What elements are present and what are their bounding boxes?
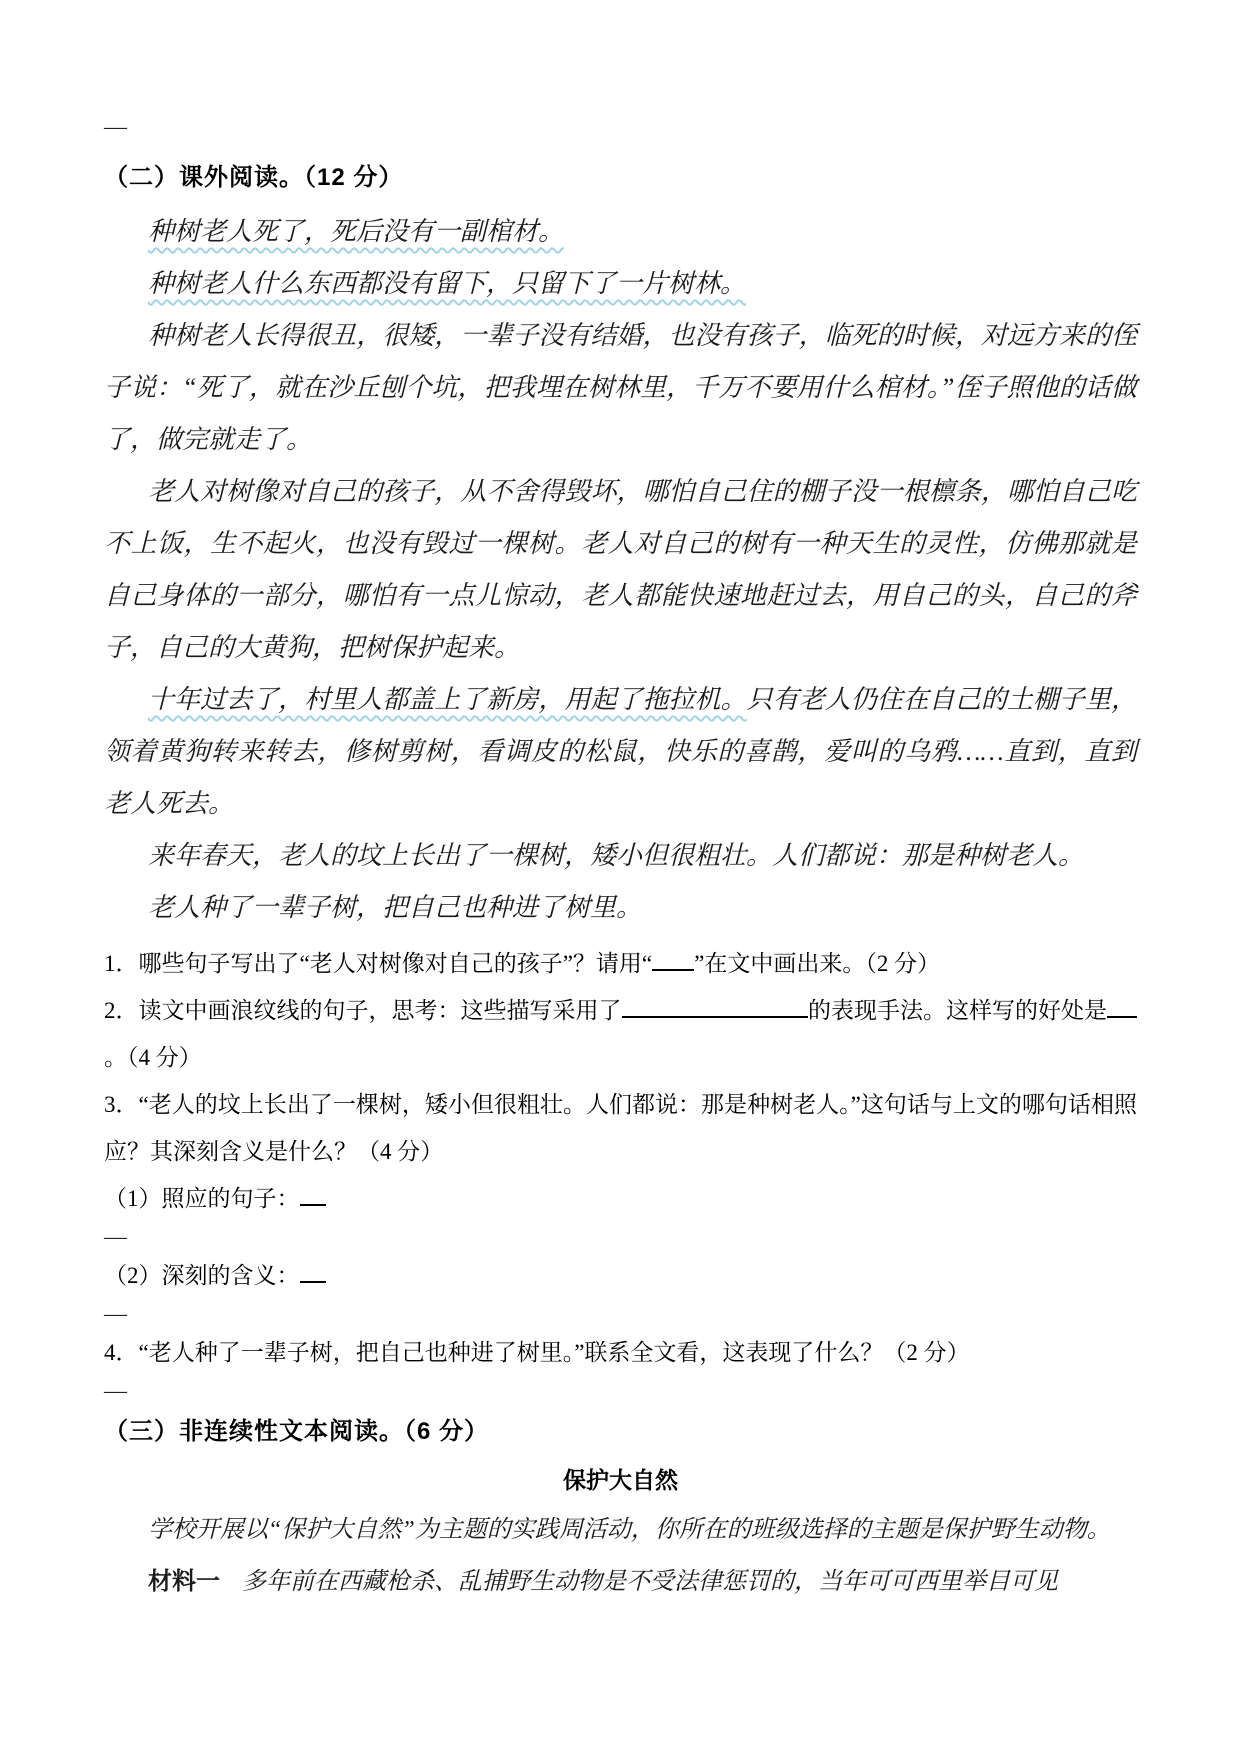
question-3-sub-2: （2）深刻的含义： [104, 1252, 1137, 1299]
question-list: 1．哪些句子写出了“老人对树像对自己的孩子”？请用“”在文中画出来。（2 分） … [104, 940, 1137, 1406]
story-paragraph-1: 种树老人死了，死后没有一副棺材。 [104, 206, 1137, 258]
question-3-text: 3．“老人的坟上长出了一棵树，矮小但很粗壮。人们都说：那是种树老人。”这句话与上… [104, 1092, 1137, 1164]
question-1: 1．哪些句子写出了“老人对树像对自己的孩子”？请用“”在文中画出来。（2 分） [104, 940, 1137, 987]
question-2-text-end: 。（4 分） [104, 1045, 202, 1070]
exam-page: — （二）课外阅读。（12 分） 种树老人死了，死后没有一副棺材。 种树老人什么… [0, 0, 1241, 1754]
wavy-underlined-sentence: 种树老人死了，死后没有一副棺材。 [148, 217, 564, 246]
material-1-label: 材料一 [148, 1568, 220, 1595]
story-paragraph-7: 老人种了一辈子树，把自己也种进了树里。 [104, 882, 1137, 934]
story-paragraph-4: 老人对树像对自己的孩子，从不舍得毁坏，哪怕自己住的棚子没一根檩条，哪怕自己吃不上… [104, 466, 1137, 674]
story-text: 老人对树像对自己的孩子，从不舍得毁坏，哪怕自己住的棚子没一根檩条，哪怕自己吃不上… [104, 477, 1137, 662]
material-title: 保护大自然 [104, 1456, 1137, 1504]
section-3-intro: 学校开展以“保护大自然”为主题的实践周活动，你所在的班级选择的主题是保护野生动物… [104, 1504, 1137, 1556]
question-4: 4．“老人种了一辈子树，把自己也种进了树里。”联系全文看，这表现了什么？（2 分… [104, 1329, 1137, 1376]
answer-blank [1107, 996, 1137, 1018]
wavy-underlined-sentence: 十年过去了，村里人都盖上了新房，用起了拖拉机。 [148, 685, 747, 714]
story-paragraph-5: 十年过去了，村里人都盖上了新房，用起了拖拉机。只有老人仍住在自己的土棚子里，领着… [104, 674, 1137, 830]
question-3: 3．“老人的坟上长出了一棵树，矮小但很粗壮。人们都说：那是种树老人。”这句话与上… [104, 1081, 1137, 1175]
wavy-underlined-sentence: 种树老人什么东西都没有留下，只留下了一片树林。 [148, 269, 746, 298]
section-2-heading-text: （二）课外阅读。（12 分） [104, 164, 403, 191]
question-3-sub-1-label: （1）照应的句子： [104, 1186, 300, 1211]
dash: — [104, 1301, 127, 1326]
answer-dash-line: — [104, 1222, 1137, 1252]
answer-dash-line: — [104, 112, 1137, 142]
section-3-intro-text: 学校开展以“保护大自然”为主题的实践周活动，你所在的班级选择的主题是保护野生动物… [148, 1517, 1111, 1543]
story-text: 老人种了一辈子树，把自己也种进了树里。 [148, 893, 642, 922]
material-title-text: 保护大自然 [563, 1467, 678, 1493]
answer-dash-line: — [104, 1376, 1137, 1406]
question-2-text-mid: 的表现手法。这样写的好处是 [808, 987, 1107, 1034]
question-1-text-pre: 1．哪些句子写出了“老人对树像对自己的孩子”？请用“ [104, 951, 652, 976]
answer-blank [652, 949, 694, 971]
question-2-line-2: 。（4 分） [104, 1034, 1137, 1081]
question-1-text-post: ”在文中画出来。（2 分） [694, 951, 940, 976]
answer-blank [300, 1261, 326, 1283]
dash: — [104, 1224, 127, 1249]
question-2-text-pre: 2．读文中画浪纹线的句子，思考：这些描写采用了 [104, 987, 622, 1034]
answer-blank [300, 1184, 326, 1206]
answer-blank [622, 996, 809, 1018]
question-2-line-1: 2．读文中画浪纹线的句子，思考：这些描写采用了的表现手法。这样写的好处是 [104, 987, 1137, 1034]
section-3-heading-text: （三）非连续性文本阅读。（6 分） [104, 1418, 489, 1445]
reading-passage: 种树老人死了，死后没有一副棺材。 种树老人什么东西都没有留下，只留下了一片树林。… [104, 206, 1137, 934]
material-1-paragraph: 材料一多年前在西藏枪杀、乱捕野生动物是不受法律惩罚的，当年可可西里举目可见 [104, 1556, 1137, 1608]
dash: — [104, 1378, 127, 1403]
question-4-text: 4．“老人种了一辈子树，把自己也种进了树里。”联系全文看，这表现了什么？（2 分… [104, 1340, 970, 1365]
answer-dash-line: — [104, 1299, 1137, 1329]
material-1-text: 多年前在西藏枪杀、乱捕野生动物是不受法律惩罚的，当年可可西里举目可见 [242, 1569, 1058, 1595]
story-paragraph-6: 来年春天，老人的坟上长出了一棵树，矮小但很粗壮。人们都说：那是种树老人。 [104, 830, 1137, 882]
question-3-sub-1: （1）照应的句子： [104, 1175, 1137, 1222]
dash: — [104, 114, 127, 139]
section-2-heading: （二）课外阅读。（12 分） [104, 158, 1137, 198]
story-paragraph-2: 种树老人什么东西都没有留下，只留下了一片树林。 [104, 258, 1137, 310]
question-3-sub-2-label: （2）深刻的含义： [104, 1263, 300, 1288]
story-text: 来年春天，老人的坟上长出了一棵树，矮小但很粗壮。人们都说：那是种树老人。 [148, 841, 1084, 870]
section-3-heading: （三）非连续性文本阅读。（6 分） [104, 1412, 1137, 1452]
story-text: 种树老人长得很丑，很矮，一辈子没有结婚，也没有孩子，临死的时候，对远方来的侄子说… [104, 321, 1137, 454]
story-paragraph-3: 种树老人长得很丑，很矮，一辈子没有结婚，也没有孩子，临死的时候，对远方来的侄子说… [104, 310, 1137, 466]
